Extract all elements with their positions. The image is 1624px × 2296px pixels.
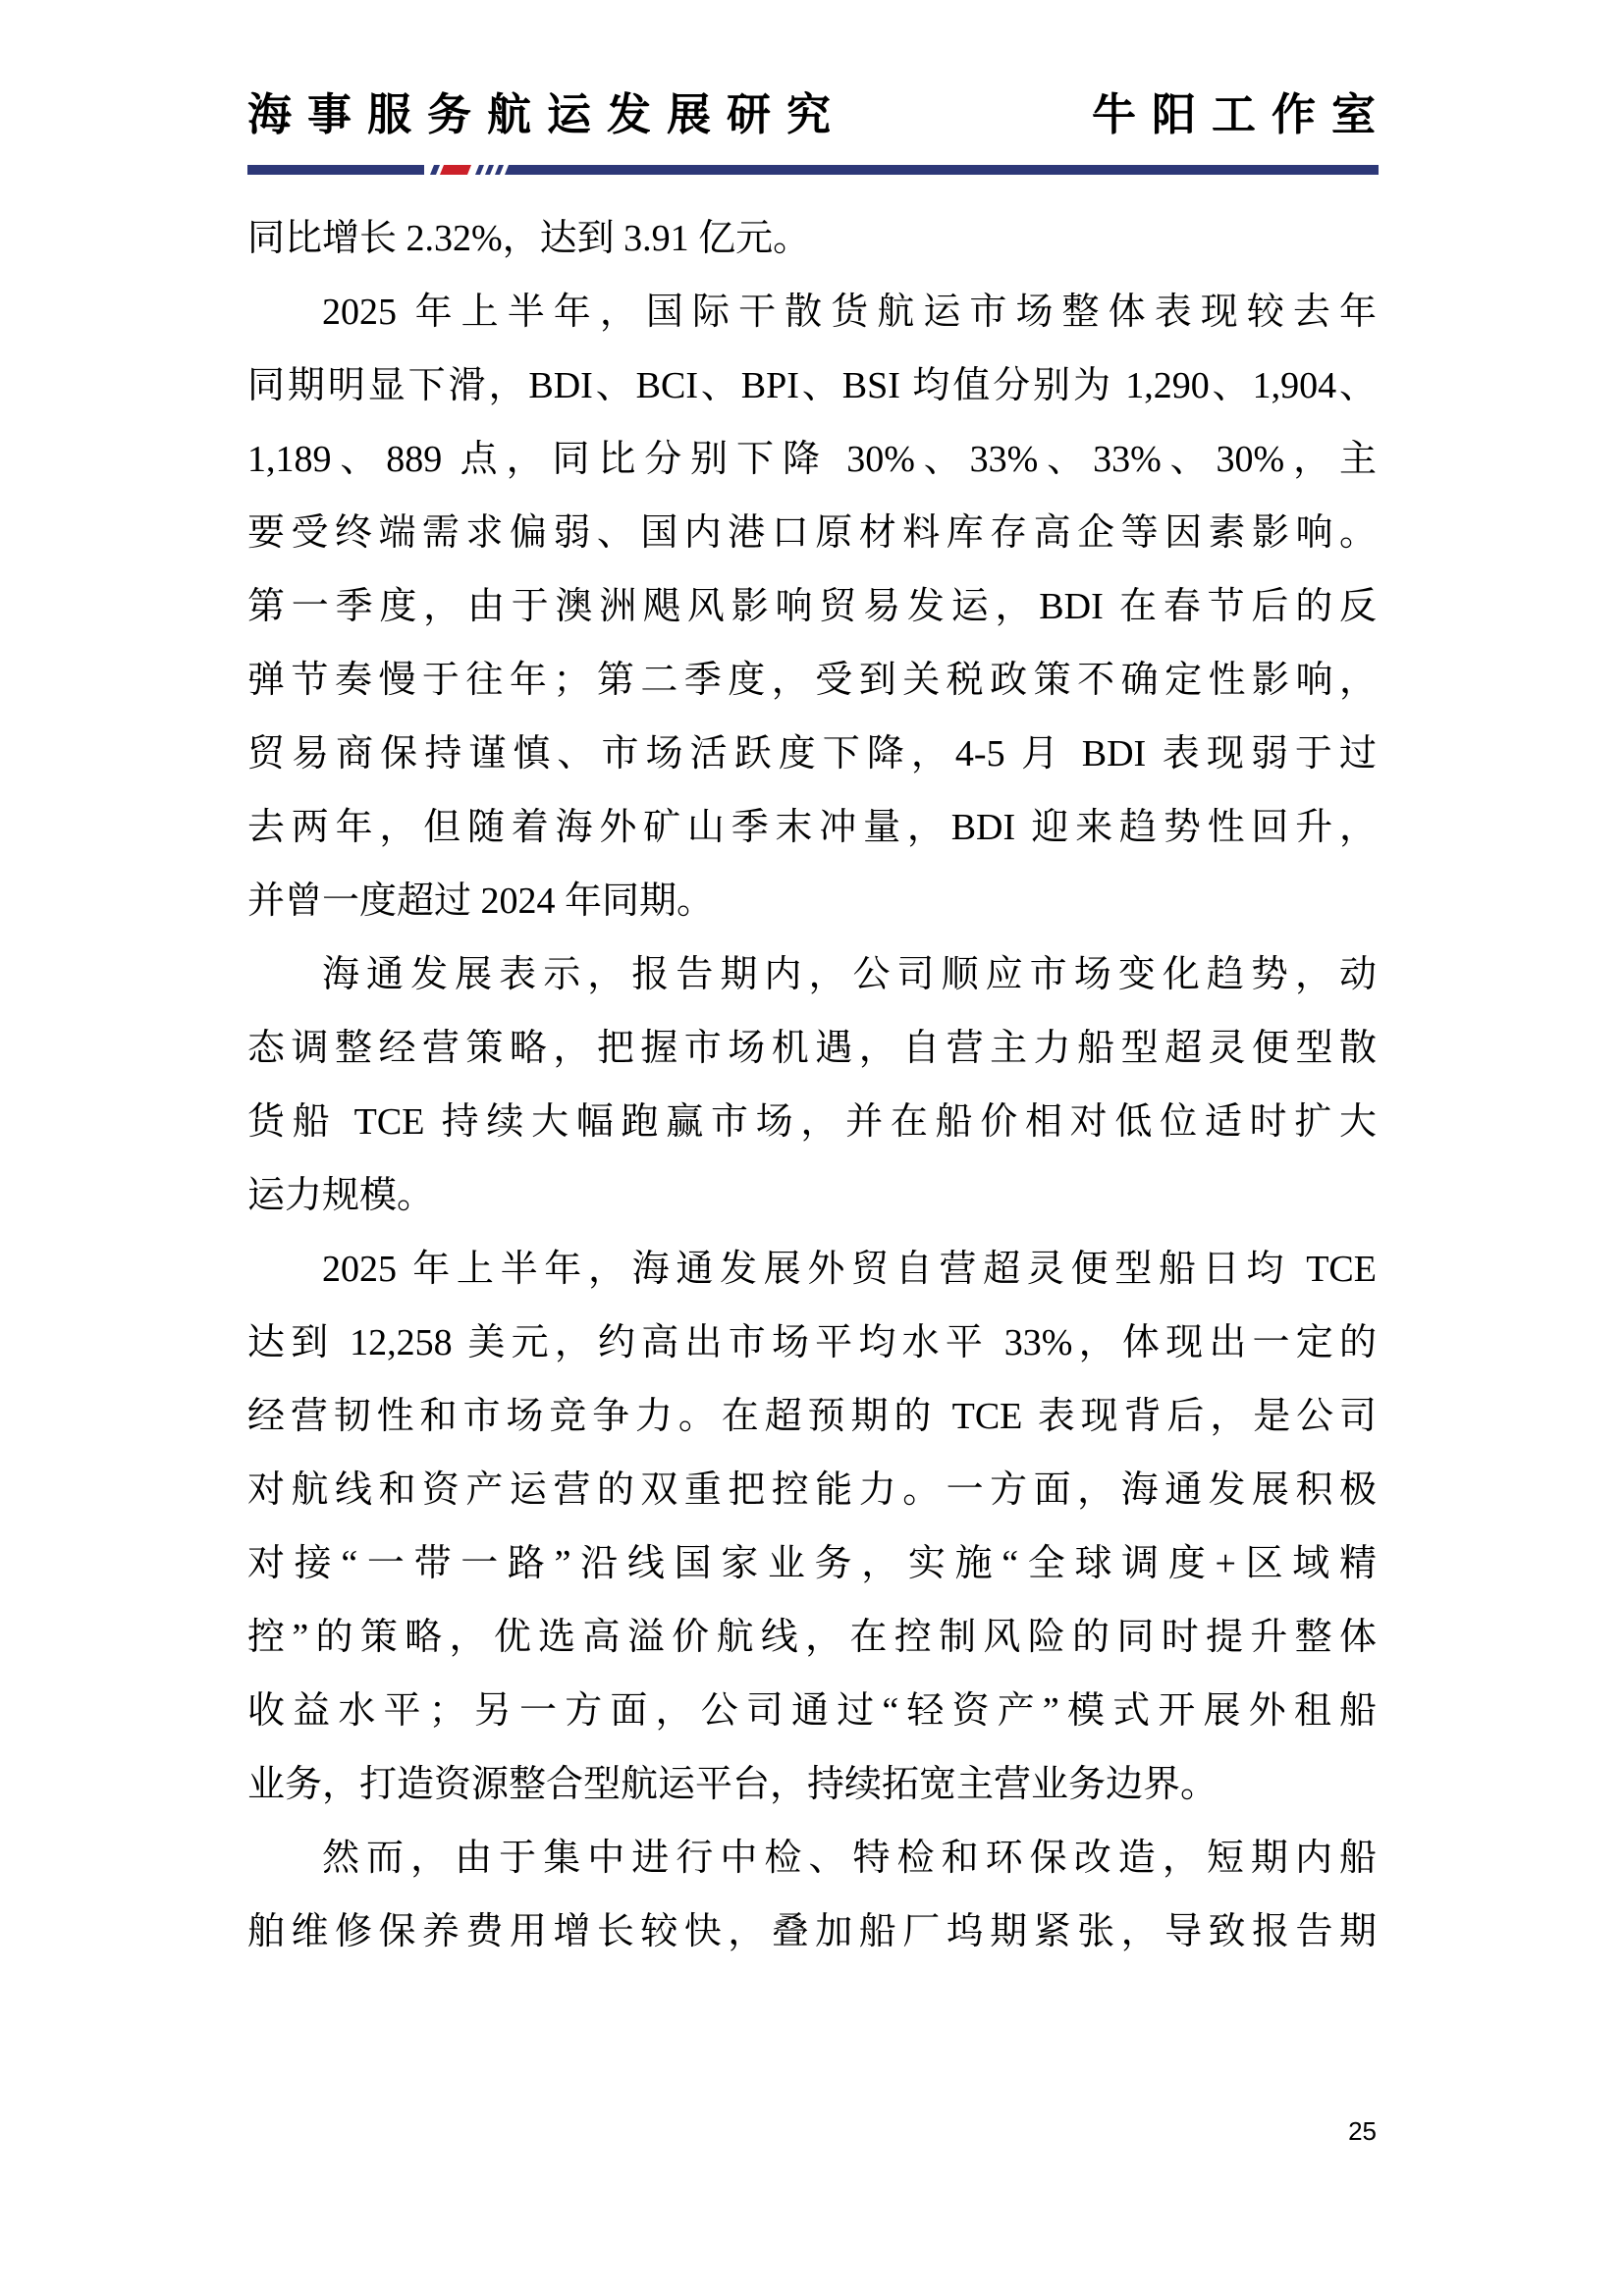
document-page: 海事服务航运发展研究 牛阳工作室 同比增长 2.32%，达到 3.91 亿元。 … [0,0,1624,2296]
body-line: 同期明显下滑，BDI、BCI、BPI、BSI 均值分别为 1,290、1,904… [247,349,1377,423]
divider-graphic [247,164,1379,176]
body-line: 业务，打造资源整合型航运平台，持续拓宽主营业务边界。 [247,1748,1377,1822]
body-line: 海通发展表示，报告期内，公司顺应市场变化趋势，动 [247,938,1377,1012]
body-line: 第一季度，由于澳洲飓风影响贸易发运，BDI 在春节后的反 [247,570,1377,644]
body-line: 然而，由于集中进行中检、特检和环保改造，短期内船 [247,1822,1377,1896]
body-line: 舶维修保养费用增长较快，叠加船厂坞期紧张，导致报告期 [247,1896,1377,1969]
body-line: 达到 12,258 美元，约高出市场平均水平 33%，体现出一定的 [247,1307,1377,1380]
divider-stripe-3 [495,165,504,175]
body-line: 经营韧性和市场竞争力。在超预期的 TCE 表现背后，是公司 [247,1380,1377,1454]
divider-bar-right [505,165,1379,175]
header-title: 海事服务航运发展研究 [247,90,846,139]
body-line: 收益水平；另一方面，公司通过“轻资产”模式开展外租船 [247,1675,1377,1748]
body-line: 贸易商保持谨慎、市场活跃度下降，4-5 月 BDI 表现弱于过 [247,718,1377,791]
page-number: 25 [1348,2116,1377,2147]
divider-stripe-2 [485,165,494,175]
body-line: 对接“一带一路”沿线国家业务，实施“全球调度+区域精 [247,1527,1377,1601]
body-line: 并曾一度超过 2024 年同期。 [247,865,1377,938]
body-text: 同比增长 2.32%，达到 3.91 亿元。 2025 年上半年，国际干散货航运… [247,202,1377,1969]
page-header: 海事服务航运发展研究 牛阳工作室 [247,90,1391,139]
body-line: 同比增长 2.32%，达到 3.91 亿元。 [247,202,1377,276]
header-divider [247,164,1379,176]
divider-bar-left [247,165,424,175]
body-line: 控”的策略，优选高溢价航线，在控制风险的同时提升整体 [247,1601,1377,1675]
header-studio-name: 牛阳工作室 [1092,90,1391,139]
body-line: 弹节奏慢于往年；第二季度，受到关税政策不确定性影响， [247,644,1377,718]
body-line: 要受终端需求偏弱、国内港口原材料库存高企等因素影响。 [247,497,1377,570]
divider-stripe-1 [475,165,484,175]
body-line: 货船 TCE 持续大幅跑赢市场，并在船价相对低位适时扩大 [247,1086,1377,1159]
body-line: 去两年，但随着海外矿山季末冲量，BDI 迎来趋势性回升， [247,791,1377,865]
body-line: 2025 年上半年，海通发展外贸自营超灵便型船日均 TCE [247,1233,1377,1307]
body-line: 2025 年上半年，国际干散货航运市场整体表现较去年 [247,276,1377,349]
divider-red-slash [440,165,471,175]
divider-small-slash [430,165,440,175]
body-line: 对航线和资产运营的双重把控能力。一方面，海通发展积极 [247,1454,1377,1527]
body-line: 1,189、889 点，同比分别下降 30%、33%、33%、30%，主 [247,423,1377,497]
body-line: 态调整经营策略，把握市场机遇，自营主力船型超灵便型散 [247,1012,1377,1086]
body-line: 运力规模。 [247,1159,1377,1233]
